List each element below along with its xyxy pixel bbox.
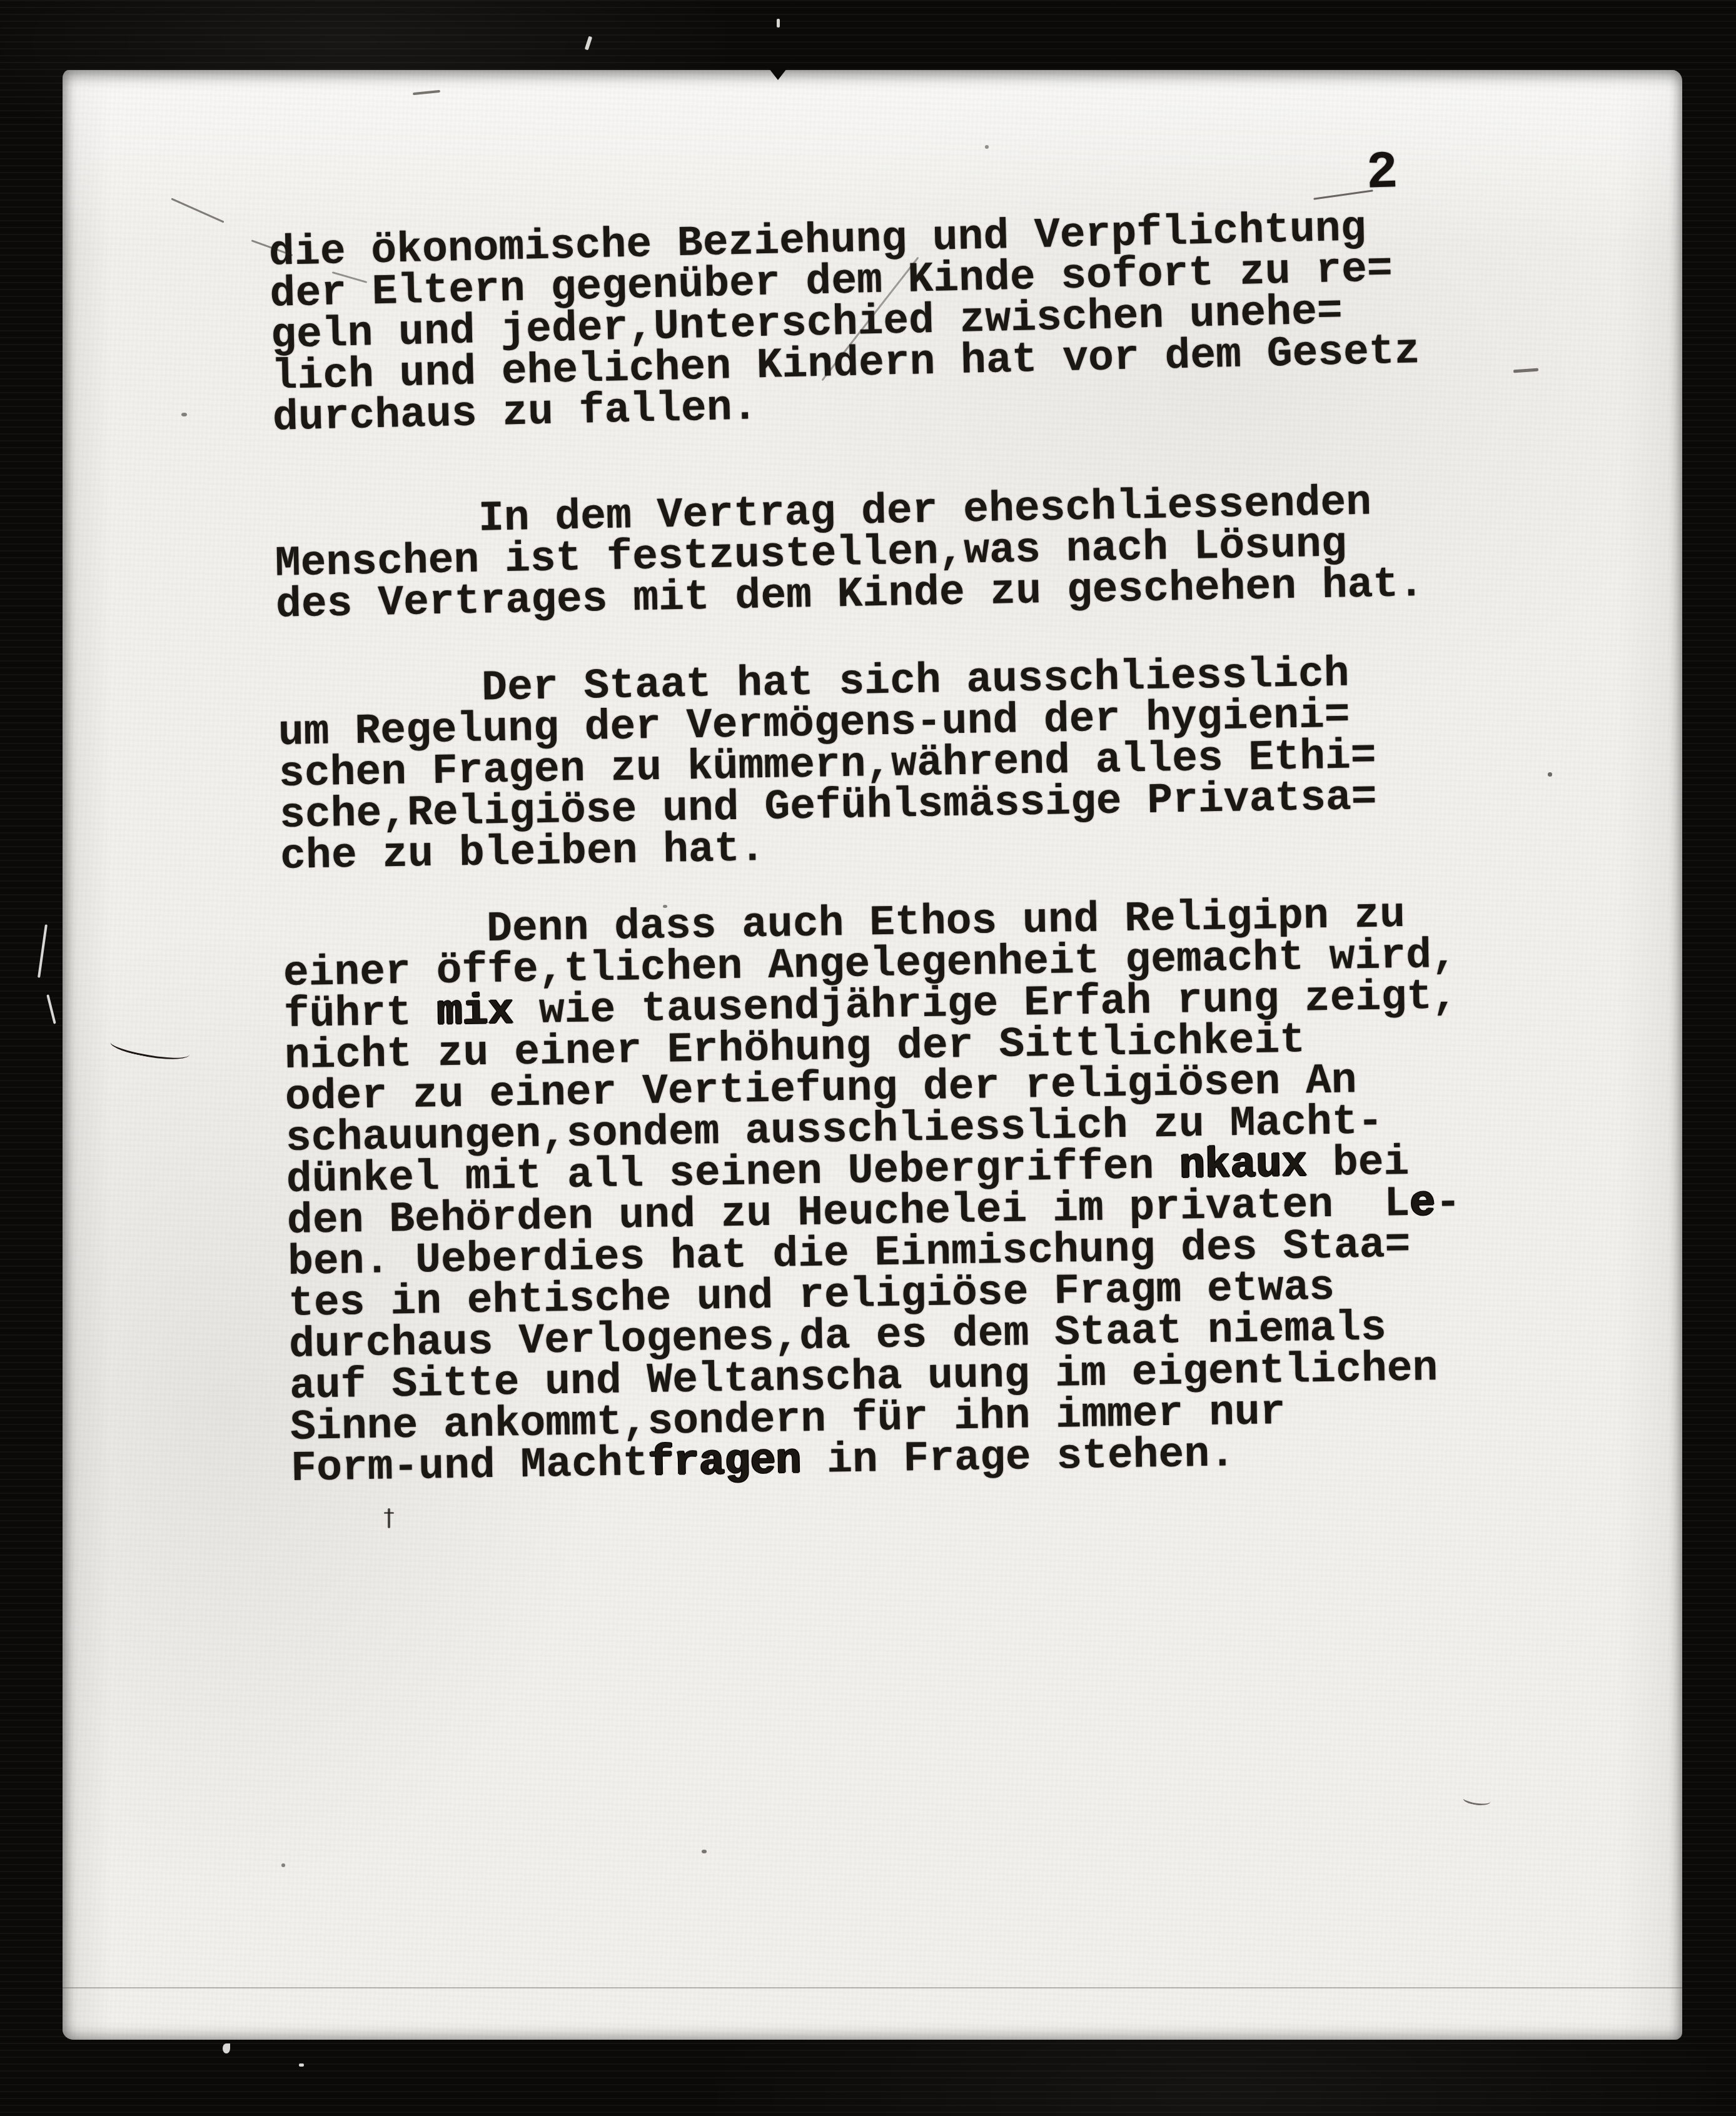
scratch-mark	[1313, 189, 1373, 199]
document-page: 2 die ökonomische Beziehung und Verpflic…	[63, 70, 1682, 2040]
frame-dust-speck	[223, 2043, 230, 2053]
frame-dust-speck	[777, 19, 780, 28]
paragraph: In dem Vertrag der eheschliessendenMensc…	[274, 481, 1450, 626]
paper-speck	[985, 145, 989, 149]
stray-typed-mark	[388, 1508, 390, 1528]
page-top-edge-notch	[769, 69, 787, 80]
paper-speck	[1548, 772, 1552, 777]
stray-typed-mark	[384, 1512, 394, 1514]
overstruck-text: fragen	[648, 1437, 802, 1488]
typed-text: in Frage stehen.	[801, 1430, 1236, 1485]
typed-text: Form-und Macht	[291, 1439, 648, 1493]
film-scan-frame: 2 die ökonomische Beziehung und Verpflic…	[0, 0, 1736, 2116]
frame-dust-speck	[299, 2063, 304, 2067]
scratch-mark	[171, 198, 224, 223]
scratch-mark	[1513, 368, 1538, 373]
paper-speck	[281, 1863, 285, 1867]
typed-text-block: die ökonomische Beziehung und Verpflicht…	[269, 209, 1466, 1491]
paragraph: Denn dass auch Ethos und Religipn zueine…	[282, 894, 1465, 1490]
scratch-mark	[1463, 1792, 1492, 1808]
scratch-mark	[109, 1031, 191, 1066]
typed-text: durchaus zu fallen.	[272, 383, 758, 443]
typed-text: che zu bleiben hat.	[280, 825, 765, 881]
paragraph: die ökonomische Beziehung und Verpflicht…	[268, 206, 1446, 440]
page-number: 2	[1365, 143, 1399, 204]
paper-speck	[663, 905, 667, 908]
paper-speck	[181, 413, 187, 416]
scratch-mark	[413, 90, 440, 96]
paragraph: Der Staat hat sich ausschliesslichum Reg…	[277, 652, 1454, 878]
paper-crease-line	[63, 1987, 1682, 1988]
typed-text: -	[1435, 1179, 1461, 1228]
paper-speck	[702, 1850, 707, 1853]
overstruck-text: e	[1410, 1179, 1436, 1228]
